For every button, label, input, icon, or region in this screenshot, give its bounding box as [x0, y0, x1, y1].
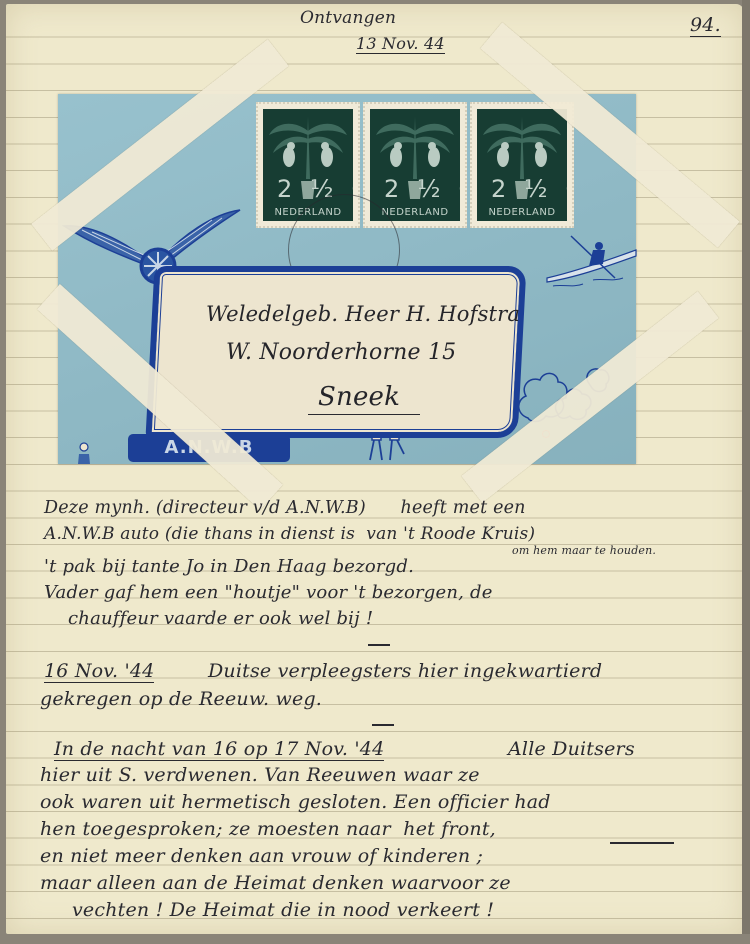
entry-1-line-1: Deze mynh. (directeur v/d A.N.W.B) heeft… — [44, 498, 526, 518]
entry-1-line-2: A.N.W.B auto (die thans in dienst is van… — [44, 524, 535, 544]
entry-3-date: In de nacht van 16 op 17 Nov. '44 — [54, 738, 384, 761]
address-line-2: W. Noorderhorne 15 — [226, 340, 456, 365]
page-bottom-shadow — [0, 934, 750, 944]
address-line-1: Weledelgeb. Heer H. Hofstra — [206, 302, 520, 326]
entry-1-line-3: 't pak bij tante Jo in Den Haag bezorgd. — [44, 556, 414, 577]
entry-3-line-3: ook waren uit hermetisch gesloten. Een o… — [40, 791, 551, 813]
entry-2-line-2: gekregen op de Reeuw. weg. — [40, 688, 322, 710]
entry-1-line-5: chauffeur vaarde er ook wel bij ! — [68, 608, 373, 629]
separator-line — [372, 724, 394, 726]
entry-2-date: 16 Nov. '44 — [44, 660, 154, 683]
front-underline — [610, 842, 674, 844]
separator-line — [368, 644, 390, 646]
stamp-value: 2½C — [370, 175, 460, 203]
entry-3-line-4: hen toegesproken; ze moesten naar het fr… — [40, 818, 496, 840]
received-label: Ontvangen — [300, 8, 396, 28]
page-number: 94. — [690, 14, 721, 37]
entry-1-line-4: Vader gaf hem een "houtje" voor 't bezor… — [44, 582, 493, 603]
seated-figure-icon — [76, 442, 92, 464]
stamp-country: NEDERLAND — [477, 207, 567, 218]
entry-1-insert: om hem maar te houden. — [512, 544, 656, 557]
page-edge — [742, 0, 750, 944]
entry-3-line-6: maar alleen aan de Heimat denken waarvoo… — [40, 872, 511, 894]
rower-kayak-icon — [543, 234, 638, 294]
stamp-value: 2½C — [477, 175, 567, 203]
received-date: 13 Nov. 44 — [356, 34, 445, 54]
entry-3-line-5: en niet meer denken aan vrouw of kindere… — [40, 845, 483, 867]
postage-stamp-3: 2½C NEDERLAND — [470, 102, 574, 228]
entry-3-line-7: vechten ! De Heimat die in nood verkeert… — [72, 899, 494, 921]
address-line-3: Sneek — [308, 382, 420, 415]
entry-3-line-2: hier uit S. verdwenen. Van Reeuwen waar … — [40, 764, 480, 786]
entry-3-line-1: Alle Duitsers — [508, 738, 635, 760]
entry-2-line-1: Duitse verpleegsters hier ingekwartierd — [208, 660, 602, 682]
